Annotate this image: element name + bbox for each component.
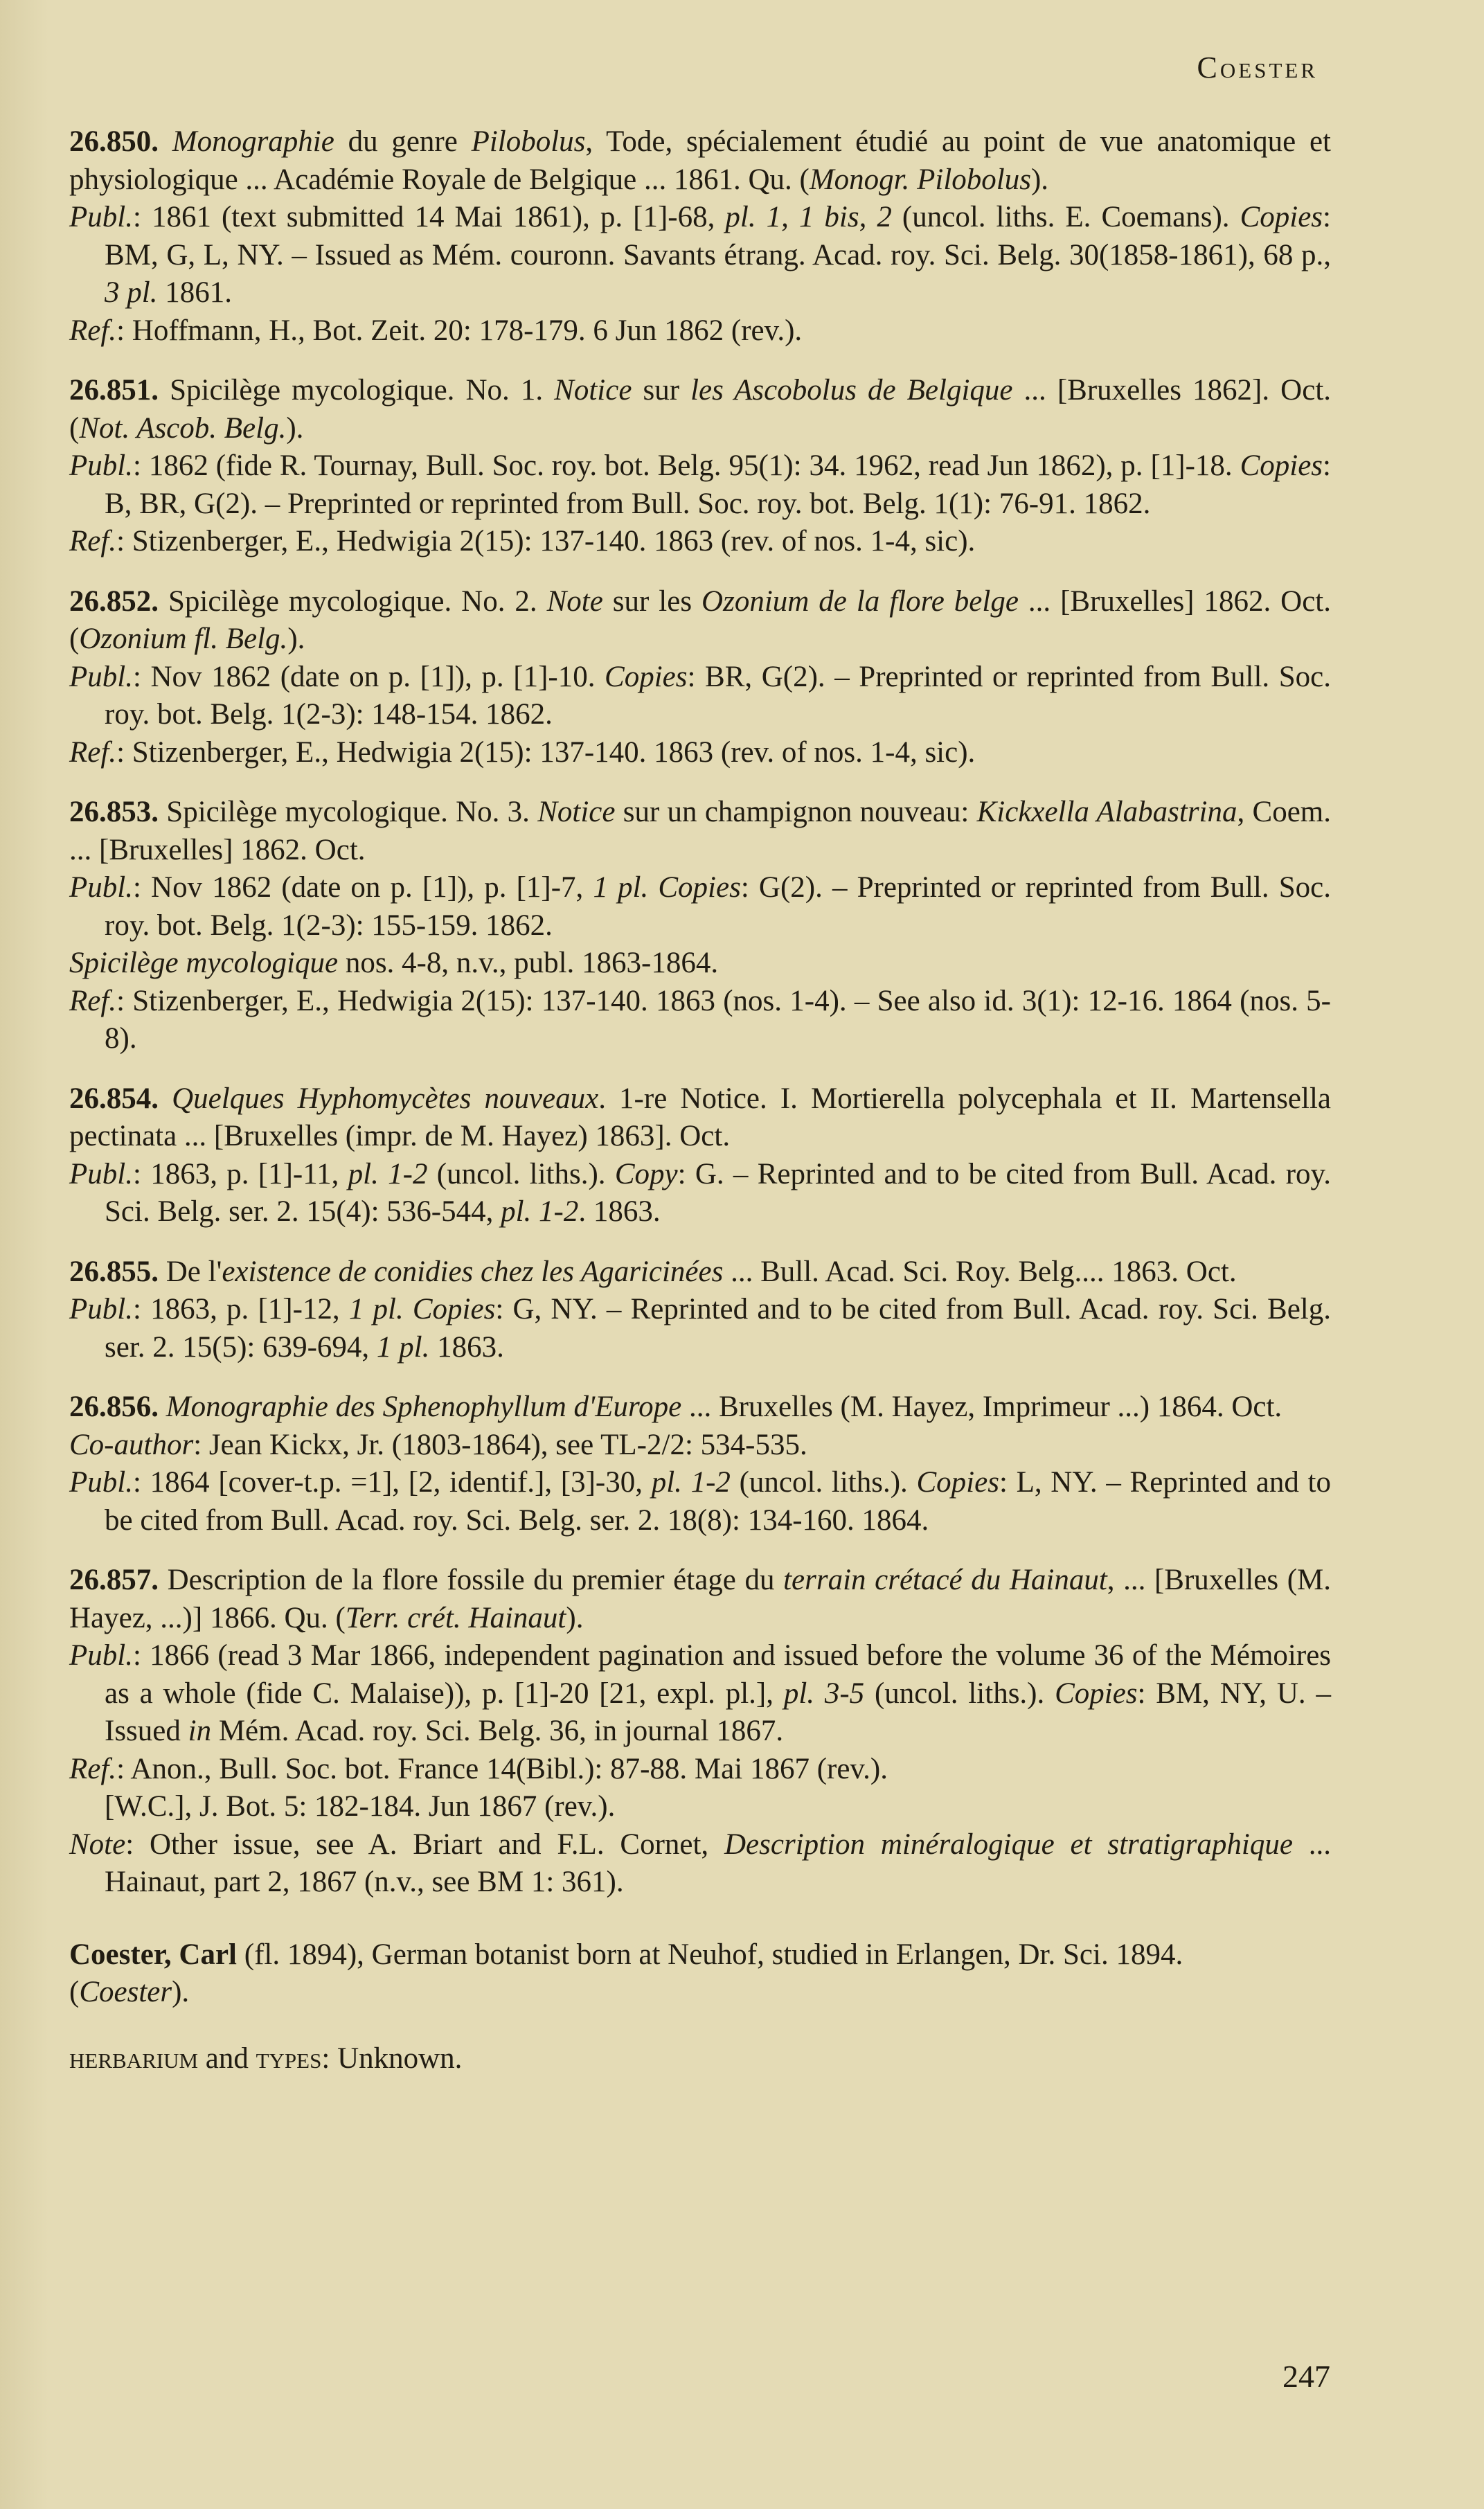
entry-title-text: Quelques Hyphomycètes nouveaux. 1-re Not… <box>69 1082 1331 1153</box>
entry-title: 26.854. Quelques Hyphomycètes nouveaux. … <box>69 1080 1331 1156</box>
field-value: 1866 (read 3 Mar 1866, independent pagin… <box>105 1639 1331 1747</box>
author-entry: Coester, Carl (fl. 1894), German botanis… <box>69 1936 1331 2012</box>
entries-list: 26.850. Monographie du genre Pilobolus, … <box>69 123 1331 1902</box>
field-value: Nov 1862 (date on p. [1]), p. [1]-7, 1 p… <box>105 871 1331 942</box>
bibliography-entry: 26.856. Monographie des Sphenophyllum d'… <box>69 1389 1331 1539</box>
entry-field: Ref.: Hoffmann, H., Bot. Zeit. 20: 178-1… <box>69 312 1331 350</box>
field-value: 1862 (fide R. Tournay, Bull. Soc. roy. b… <box>105 449 1331 520</box>
bibliography-entry: 26.851. Spicilège mycologique. No. 1. No… <box>69 372 1331 561</box>
entry-number: 26.850. <box>69 125 172 158</box>
herbarium-value: Unknown. <box>337 2042 462 2075</box>
field-value: Stizenberger, E., Hedwigia 2(15): 137-14… <box>132 525 976 557</box>
entry-number: 26.851. <box>69 374 170 407</box>
bibliography-entry: 26.857. Description de la flore fossile … <box>69 1562 1331 1902</box>
field-value: 1861 (text submitted 14 Mai 1861), p. [1… <box>105 201 1331 309</box>
field-label: Publ. <box>69 1293 133 1325</box>
bibliography-entry: 26.854. Quelques Hyphomycètes nouveaux. … <box>69 1080 1331 1231</box>
field-label: Publ. <box>69 661 133 693</box>
entry-field: Note: Other issue, see A. Briart and F.L… <box>69 1826 1331 1902</box>
entry-title: 26.851. Spicilège mycologique. No. 1. No… <box>69 372 1331 447</box>
herbarium-label: Herbarium <box>69 2041 198 2075</box>
page-number: 247 <box>1282 2358 1330 2395</box>
bibliography-entry: 26.850. Monographie du genre Pilobolus, … <box>69 123 1331 350</box>
entry-title: 26.853. Spicilège mycologique. No. 3. No… <box>69 794 1331 869</box>
field-value: 1863, p. [1]-12, 1 pl. Copies: G, NY. – … <box>105 1293 1331 1364</box>
herbarium-and: and <box>206 2042 249 2075</box>
page-edge-shadow <box>0 0 48 2509</box>
bibliography-entry: 26.855. De l'existence de conidies chez … <box>69 1253 1331 1367</box>
entry-field: Ref.: Stizenberger, E., Hedwigia 2(15): … <box>69 734 1331 772</box>
field-label: Ref. <box>69 525 116 557</box>
entry-title-text: Monographie des Sphenophyllum d'Europe .… <box>166 1391 1282 1423</box>
page-content: 26.850. Monographie du genre Pilobolus, … <box>69 123 1331 2078</box>
field-label: Publ. <box>69 1466 133 1499</box>
entry-title: 26.850. Monographie du genre Pilobolus, … <box>69 123 1331 199</box>
entry-field: Co-author: Jean Kickx, Jr. (1803-1864), … <box>69 1427 1331 1465</box>
entry-field: Publ.: 1861 (text submitted 14 Mai 1861)… <box>69 199 1331 312</box>
field-label: Ref. <box>69 736 116 769</box>
author-name: Coester, Carl <box>69 1938 237 1971</box>
field-label: Publ. <box>69 1639 133 1672</box>
field-value: 1864 [cover-t.p. =1], [2, identif.], [3]… <box>105 1466 1331 1537</box>
entry-title: 26.852. Spicilège mycologique. No. 2. No… <box>69 583 1331 659</box>
entry-number: 26.855. <box>69 1256 166 1288</box>
field-value: Spicilège mycologique nos. 4-8, n.v., pu… <box>69 947 718 979</box>
entry-field: Spicilège mycologique nos. 4-8, n.v., pu… <box>69 945 1331 983</box>
field-value: Anon., Bull. Soc. bot. France 14(Bibl.):… <box>105 1753 888 1823</box>
entry-number: 26.857. <box>69 1564 168 1596</box>
field-value: Stizenberger, E., Hedwigia 2(15): 137-14… <box>105 985 1331 1055</box>
entry-title-text: Spicilège mycologique. No. 2. Note sur l… <box>69 585 1331 656</box>
field-label: Ref. <box>69 314 116 347</box>
entry-number: 26.853. <box>69 796 166 828</box>
entry-number: 26.854. <box>69 1082 172 1115</box>
entry-title: 26.857. Description de la flore fossile … <box>69 1562 1331 1637</box>
herbarium-line: Herbarium and Types: Unknown. <box>69 2039 1331 2078</box>
entry-field: Ref.: Stizenberger, E., Hedwigia 2(15): … <box>69 523 1331 561</box>
entry-field: Ref.: Stizenberger, E., Hedwigia 2(15): … <box>69 983 1331 1058</box>
field-label: Publ. <box>69 201 133 233</box>
field-label: Note <box>69 1828 125 1861</box>
running-head: Coester <box>1197 50 1318 85</box>
bibliography-entry: 26.852. Spicilège mycologique. No. 2. No… <box>69 583 1331 772</box>
entry-field: Publ.: Nov 1862 (date on p. [1]), p. [1]… <box>69 659 1331 734</box>
types-label: Types <box>256 2041 322 2075</box>
field-label: Publ. <box>69 871 133 904</box>
field-label: Co-author <box>69 1429 193 1461</box>
entry-title: 26.856. Monographie des Sphenophyllum d'… <box>69 1389 1331 1427</box>
field-label: Ref. <box>69 1753 116 1785</box>
entry-field: Publ.: 1862 (fide R. Tournay, Bull. Soc.… <box>69 447 1331 523</box>
field-value: Stizenberger, E., Hedwigia 2(15): 137-14… <box>132 736 976 769</box>
entry-field: Publ.: 1863, p. [1]-11, pl. 1-2 (uncol. … <box>69 1156 1331 1231</box>
entry-field: Publ.: Nov 1862 (date on p. [1]), p. [1]… <box>69 869 1331 945</box>
field-value: Jean Kickx, Jr. (1803-1864), see TL-2/2:… <box>209 1429 807 1461</box>
entry-title-text: Spicilège mycologique. No. 1. Notice sur… <box>69 374 1331 445</box>
field-value: 1863, p. [1]-11, pl. 1-2 (uncol. liths.)… <box>105 1158 1331 1229</box>
entry-title: 26.855. De l'existence de conidies chez … <box>69 1253 1331 1292</box>
entry-number: 26.856. <box>69 1391 166 1423</box>
field-label: Publ. <box>69 449 133 482</box>
field-value: Hoffmann, H., Bot. Zeit. 20: 178-179. 6 … <box>132 314 802 347</box>
entry-field: Publ.: 1863, p. [1]-12, 1 pl. Copies: G,… <box>69 1291 1331 1366</box>
entry-title-text: Description de la flore fossile du premi… <box>69 1564 1331 1634</box>
field-value: Other issue, see A. Briart and F.L. Corn… <box>105 1828 1331 1899</box>
entry-number: 26.852. <box>69 585 168 618</box>
bibliography-entry: 26.853. Spicilège mycologique. No. 3. No… <box>69 794 1331 1058</box>
author-abbrev: Coester <box>79 1976 172 2008</box>
entry-field: Publ.: 1864 [cover-t.p. =1], [2, identif… <box>69 1464 1331 1539</box>
entry-field: Publ.: 1866 (read 3 Mar 1866, independen… <box>69 1637 1331 1751</box>
entry-field: Ref.: Anon., Bull. Soc. bot. France 14(B… <box>69 1751 1331 1826</box>
entry-title-text: Monographie du genre Pilobolus, Tode, sp… <box>69 125 1331 196</box>
field-label: Publ. <box>69 1158 133 1190</box>
field-label: Ref. <box>69 985 116 1017</box>
field-value: Nov 1862 (date on p. [1]), p. [1]-10. Co… <box>105 661 1331 731</box>
author-bio: (fl. 1894), German botanist born at Neuh… <box>244 1938 1183 1971</box>
entry-title-text: De l'existence de conidies chez les Agar… <box>166 1256 1237 1288</box>
entry-title-text: Spicilège mycologique. No. 3. Notice sur… <box>69 796 1331 866</box>
